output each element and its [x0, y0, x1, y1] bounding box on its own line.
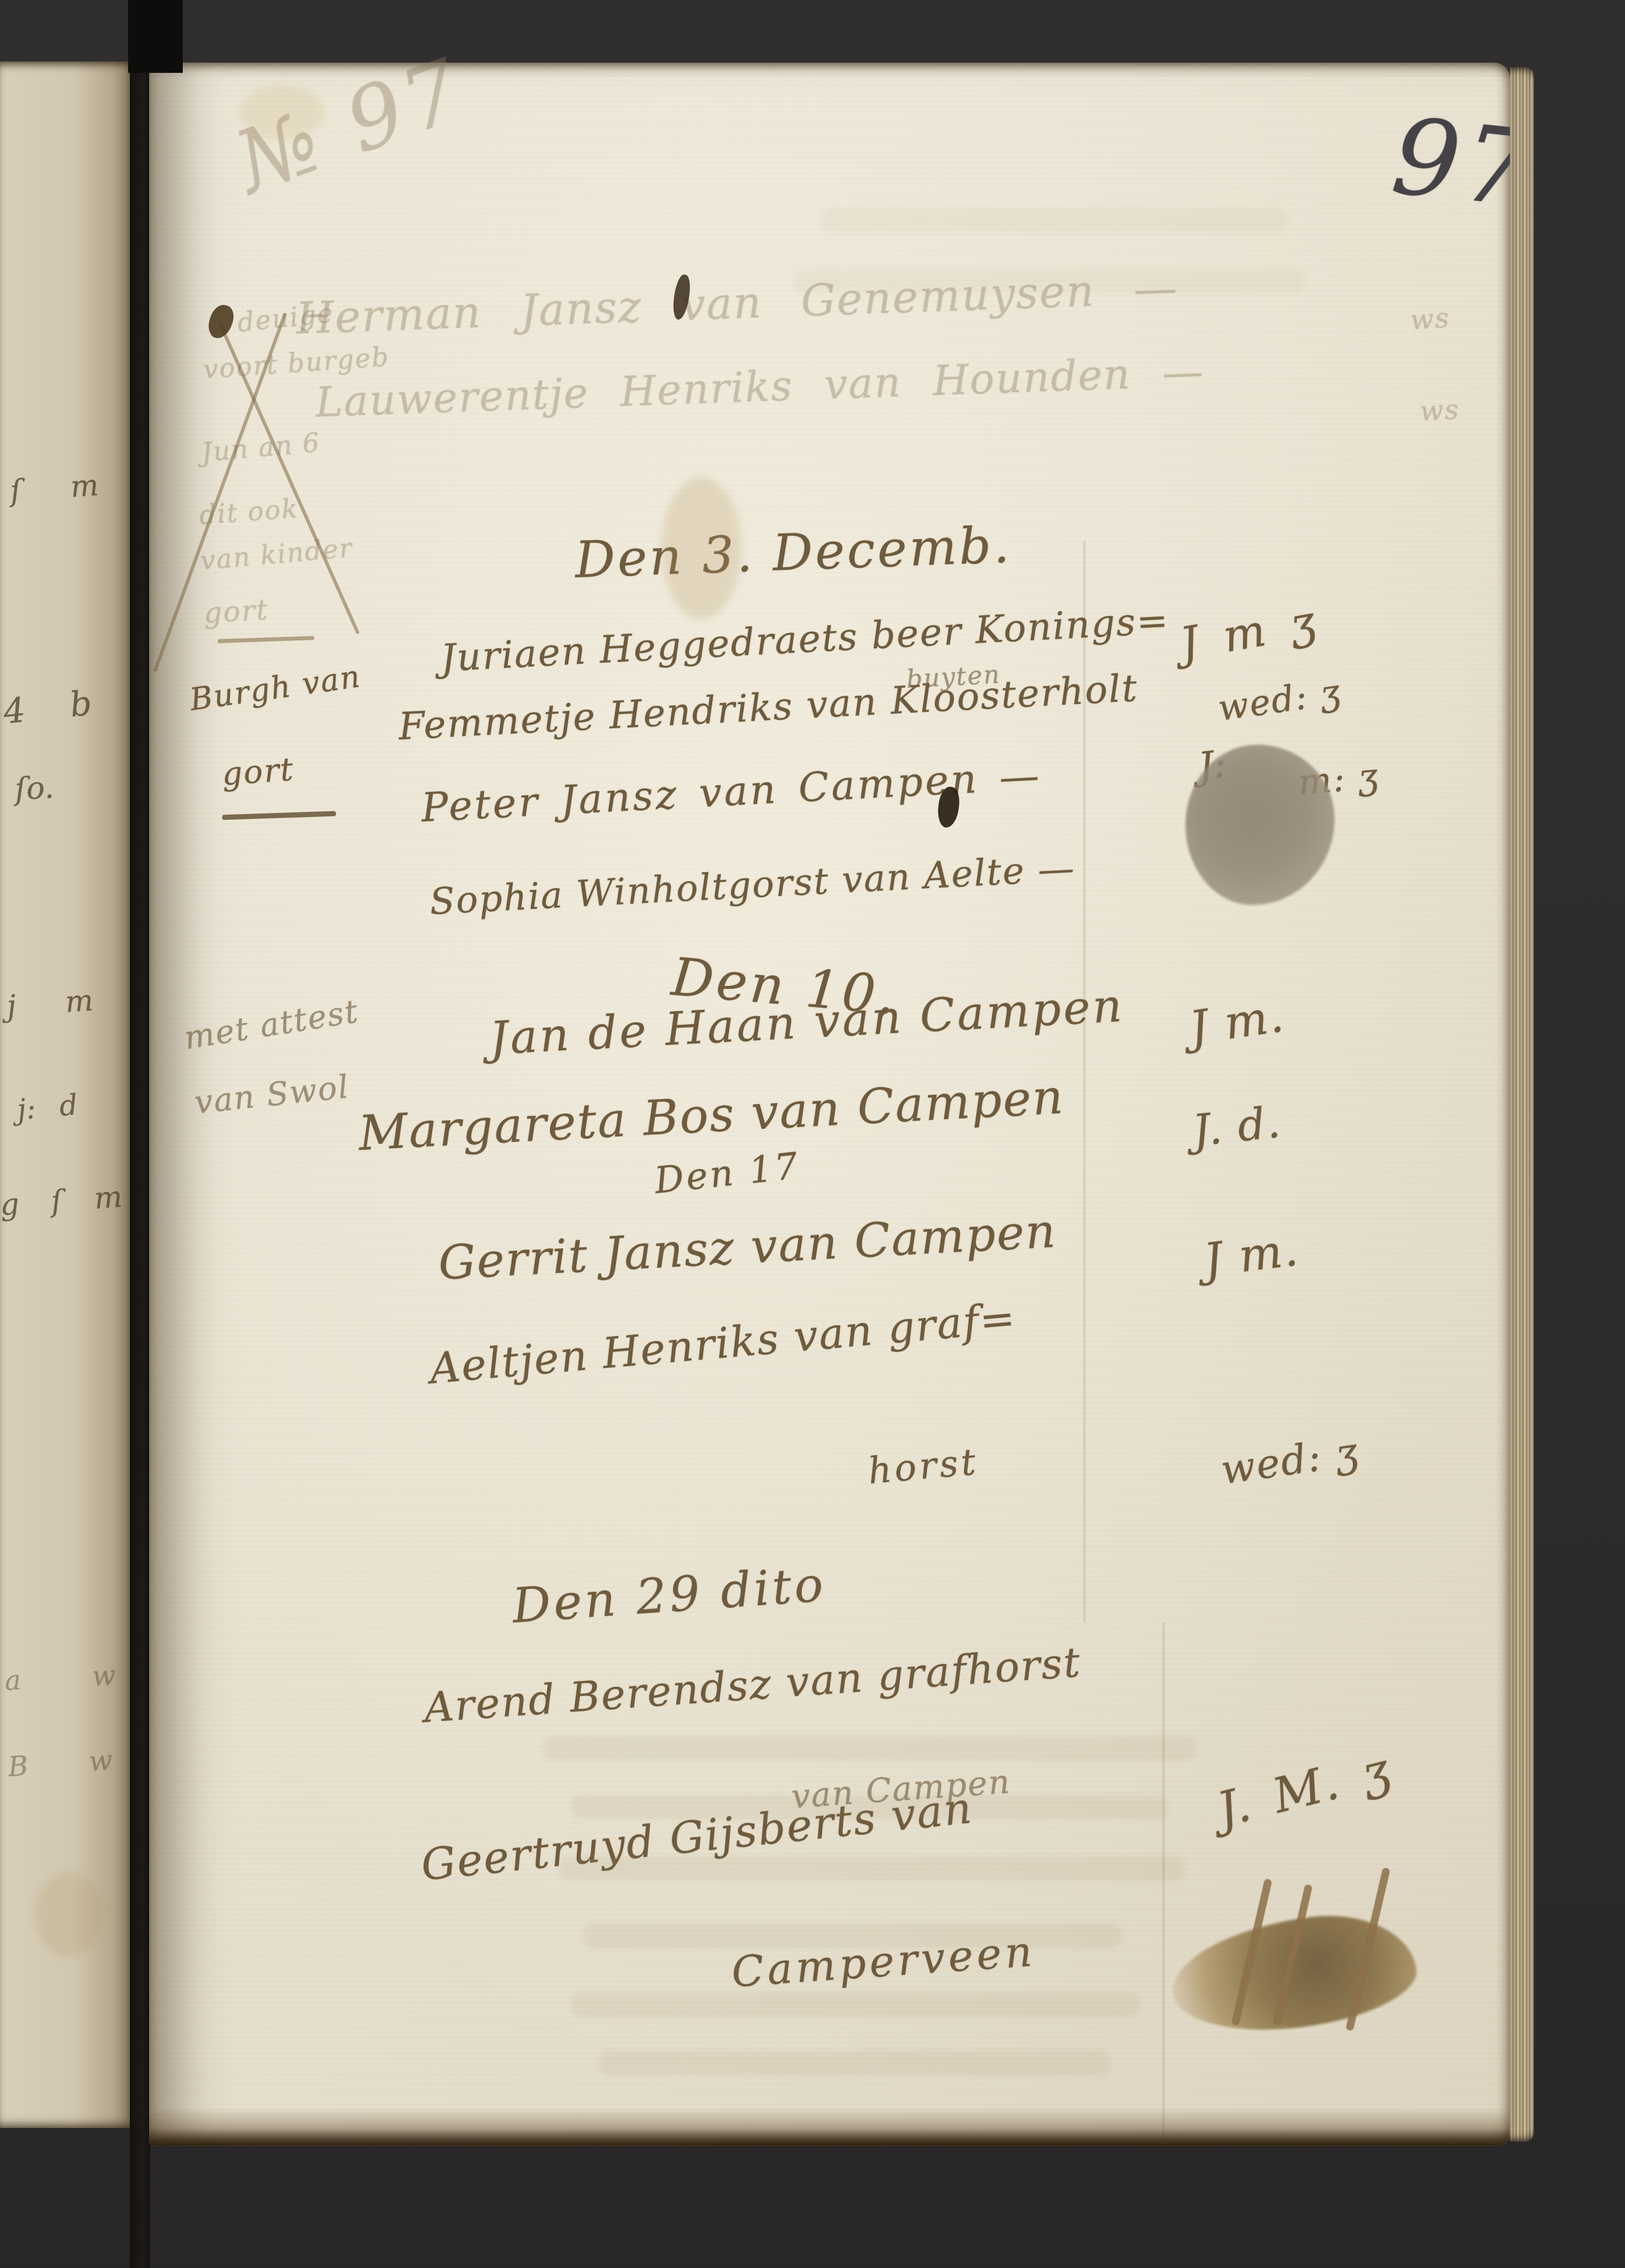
margin-note-line: gort [203, 593, 269, 630]
facing-page-text-fragment: ſ m [9, 469, 100, 509]
section-heading: Den 29 dito [511, 1556, 828, 1634]
ink-speck [205, 302, 237, 341]
facing-page-text-fragment: j: d [16, 1088, 79, 1126]
entry-line: Arend Berendsz van grafhorst [422, 1638, 1082, 1731]
margin-note-line: Burgh van [188, 658, 363, 717]
crossed-entry-mark: ws [1409, 302, 1451, 336]
entry-line: Femmetje Hendriks van Kloosterholt [397, 666, 1139, 749]
ink-smudge [1166, 1905, 1422, 2043]
entry-status: J. M. ʒ [1212, 1741, 1396, 1838]
facing-page-text-fragment: B w [7, 1744, 113, 1784]
facing-page-text-fragment: j m [6, 984, 95, 1024]
bleed-through-line [571, 1794, 1168, 1819]
margin-note-line: van Swol [193, 1069, 351, 1121]
facing-page-text-fragment: g ſ m [0, 1180, 124, 1223]
margin-note-line: Jun an 6 [200, 427, 322, 468]
paper-stain [662, 477, 741, 619]
bleed-through-line [542, 1736, 1197, 1761]
page-bottom-edge [149, 2107, 1510, 2146]
facing-page-text-fragment: ſo. [14, 769, 55, 807]
register-page: № 97 97 Herman Jansz van Genemuysen — ws… [149, 63, 1510, 2146]
entry-status: J m. [1187, 989, 1288, 1054]
entry-status: J. d. [1190, 1096, 1283, 1156]
bleed-through-line [582, 1923, 1123, 1948]
gutter-top-gap [128, 0, 183, 73]
entry-line: Sophia Winholtgorst van Aelte — [429, 848, 1077, 923]
bleed-through-line [793, 269, 1305, 294]
entry-line: Margareta Bos van Campen [357, 1069, 1065, 1161]
entry-status: J m. [1201, 1223, 1302, 1287]
bleed-through-line [821, 208, 1288, 233]
facing-page-text-fragment: 4 b [2, 683, 94, 732]
book-gutter [130, 0, 150, 2268]
paper-stain [34, 1872, 102, 1957]
flourish-stroke [218, 636, 314, 643]
entry-line: Gerrit Jansz van Campen [437, 1204, 1058, 1291]
bleed-through-line [559, 1856, 1185, 1881]
margin-note-line: met attest [182, 993, 362, 1057]
bleed-through-line [599, 2051, 1111, 2076]
entry-line: Juriaen Heggedraets beer Konings= [440, 598, 1170, 680]
crossed-entry-mark: ws [1419, 393, 1461, 428]
book-fore-edge [1510, 67, 1534, 2142]
entry-line: Aeltjen Henriks van graf= [428, 1293, 1018, 1394]
entry-status: wed: ʒ [1216, 671, 1344, 729]
manuscript-photo: ſ m 4 b ſo. j m j: d g ſ m a w B w № 97 … [0, 0, 1625, 2268]
margin-note-line: gort [221, 751, 296, 793]
entry-continuation: horst [867, 1441, 980, 1493]
flourish-stroke [222, 811, 336, 820]
bleed-through-line [571, 1992, 1140, 2018]
entry-status: J m ʒ [1176, 596, 1320, 670]
paper-stain [239, 85, 325, 139]
facing-page-edge: ſ m 4 b ſo. j m j: d g ſ m a w B w [0, 61, 132, 2128]
entry-status: wed: ʒ [1218, 1428, 1362, 1494]
section-heading: Den 3. Decemb. [574, 515, 1012, 589]
page-crease [1163, 1622, 1164, 2146]
crossed-entry-line: Lauwerentje Henriks van Hounden — [315, 348, 1205, 426]
ink-blot [1185, 745, 1335, 905]
facing-page-text-fragment: a w [4, 1659, 117, 1697]
page-crease [1084, 541, 1085, 1622]
section-heading: Den 17 [653, 1145, 802, 1202]
